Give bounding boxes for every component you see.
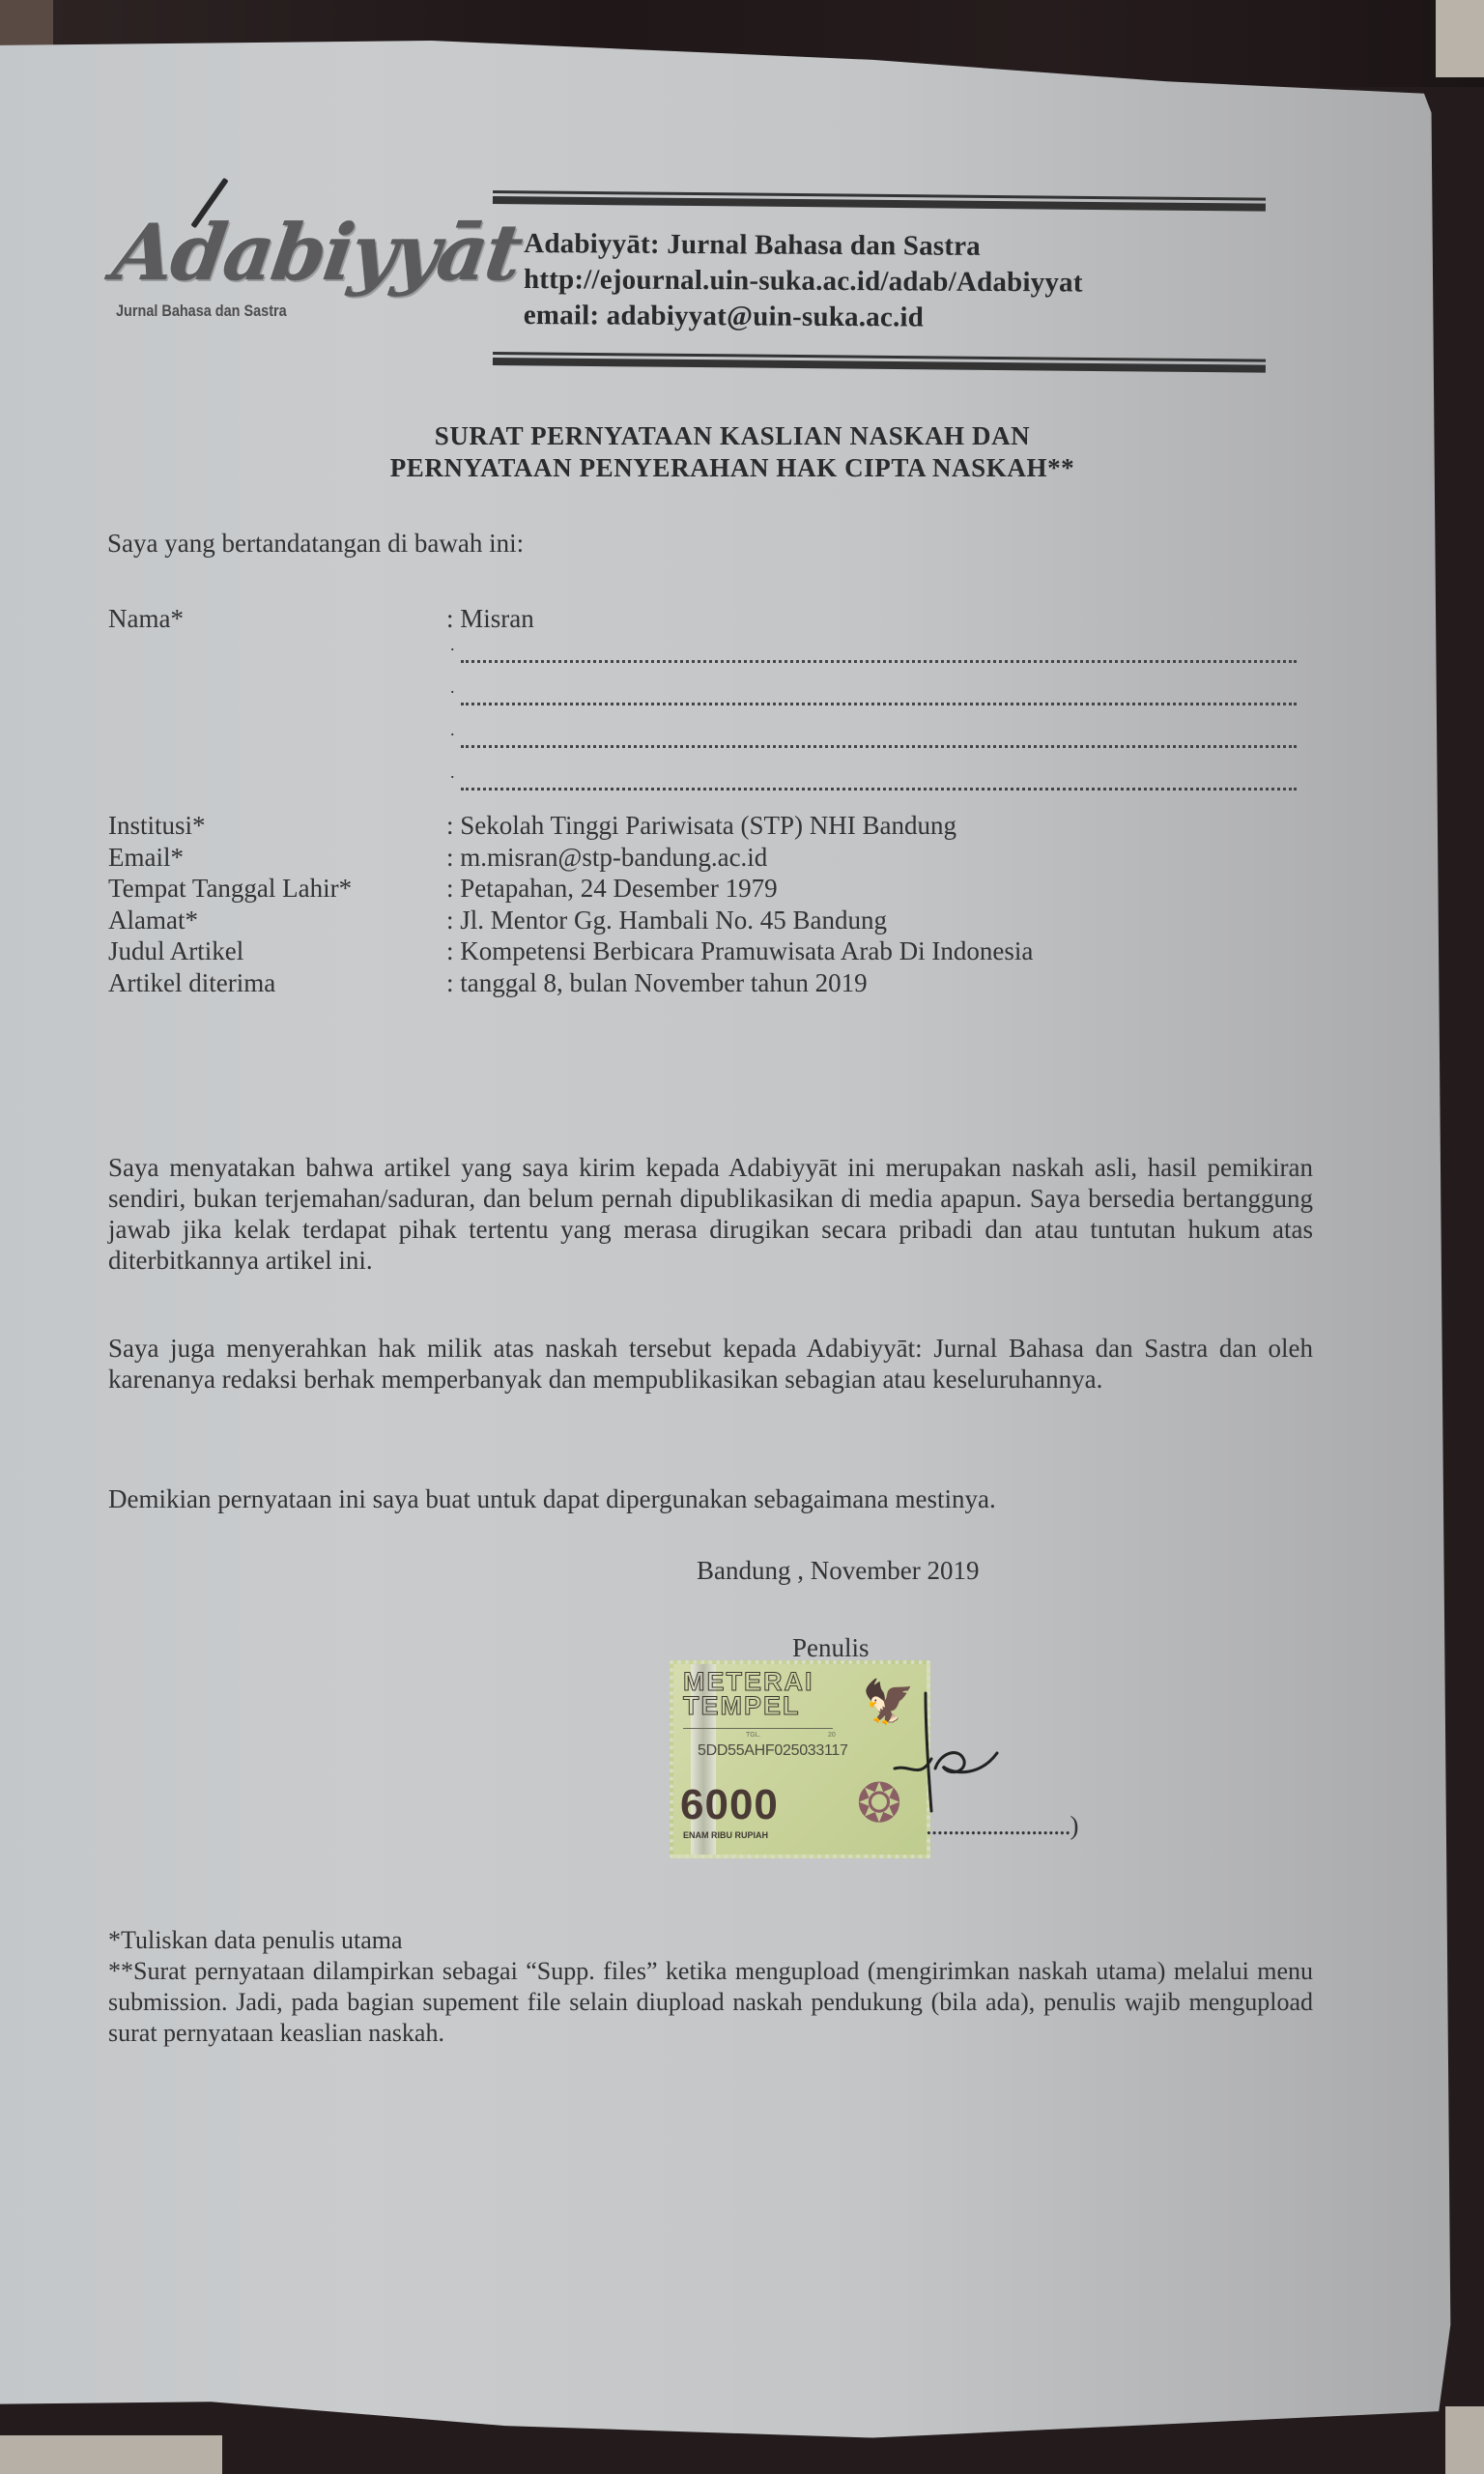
field-label: Alamat* bbox=[108, 905, 198, 936]
field-value: : Misran bbox=[446, 601, 534, 636]
journal-logo: Adabiyyāt Jurnal Bahasa dan Sastra bbox=[114, 157, 500, 350]
stamp-title: METERAI TEMPEL bbox=[683, 1670, 814, 1718]
field-label: Tempat Tanggal Lahir* bbox=[108, 873, 352, 905]
background-floor-right bbox=[1445, 2406, 1484, 2474]
footnote-2: **Surat pernyataan dilampirkan sebagai “… bbox=[108, 1956, 1313, 2049]
stamp-year-label: 20 bbox=[828, 1732, 836, 1739]
statement-paragraph-closing: Demikian pernyataan ini saya buat untuk … bbox=[108, 1483, 1313, 1514]
background-wall-left bbox=[0, 0, 53, 48]
photo-scene: Adabiyyāt Jurnal Bahasa dan Sastra Adabi… bbox=[0, 0, 1484, 2474]
field-value: : m.misran@stp-bandung.ac.id bbox=[446, 842, 767, 874]
intro-text: Saya yang bertandatangan di bawah ini: bbox=[107, 529, 524, 559]
field-value: : Jl. Mentor Gg. Hambali No. 45 Bandung bbox=[446, 905, 887, 936]
journal-name: Adabiyyāt: Jurnal Bahasa dan Sastra bbox=[524, 226, 1083, 266]
field-row-ttl: Tempat Tanggal Lahir* : Petapahan, 24 De… bbox=[108, 873, 1287, 905]
field-label: Email* bbox=[108, 842, 184, 874]
field-row-diterima: Artikel diterima : tanggal 8, bulan Nove… bbox=[108, 967, 1287, 999]
blank-line: . bbox=[108, 636, 1287, 678]
author-fields: Nama* : Misran . . . . Institusi* : Seko… bbox=[108, 601, 1287, 998]
stamp-title-line-2: TEMPEL bbox=[683, 1694, 814, 1718]
field-label: Artikel diterima bbox=[108, 967, 275, 999]
letterhead-rule-bottom bbox=[493, 352, 1266, 373]
background-floor-left bbox=[0, 2435, 222, 2474]
logo-wordmark: Adabiyyāt bbox=[107, 207, 526, 298]
signature-name-line: ..........................) bbox=[926, 1811, 1078, 1841]
stamp-serial: 5DD55AHF025033117 bbox=[698, 1742, 848, 1760]
field-row-alamat: Alamat* : Jl. Mentor Gg. Hambali No. 45 … bbox=[108, 905, 1287, 936]
field-value: : Sekolah Tinggi Pariwisata (STP) NHI Ba… bbox=[446, 810, 956, 842]
document-title: SURAT PERNYATAAN KASLIAN NASKAH DAN PERN… bbox=[0, 420, 1474, 484]
blank-line: . bbox=[108, 763, 1287, 806]
footnotes: *Tuliskan data penulis utama **Surat per… bbox=[108, 1925, 1313, 2049]
statement-paragraph-copyright: Saya juga menyerahkan hak milik atas nas… bbox=[108, 1333, 1313, 1395]
stamp-date-line bbox=[683, 1728, 833, 1729]
field-label: Judul Artikel bbox=[108, 935, 243, 967]
document-page: Adabiyyāt Jurnal Bahasa dan Sastra Adabi… bbox=[0, 41, 1461, 2445]
stamp-tgl-label: TGL. bbox=[746, 1732, 761, 1739]
stamp-value-words: ENAM RIBU RUPIAH bbox=[683, 1830, 768, 1840]
field-row-institusi: Institusi* : Sekolah Tinggi Pariwisata (… bbox=[108, 810, 1287, 842]
info-rows: Institusi* : Sekolah Tinggi Pariwisata (… bbox=[108, 810, 1287, 998]
journal-url: http://ejournal.uin-suka.ac.id/adab/Adab… bbox=[524, 262, 1083, 302]
title-line-2: PERNYATAAN PENYERAHAN HAK CIPTA NASKAH** bbox=[0, 452, 1474, 484]
field-row-email: Email* : m.misran@stp-bandung.ac.id bbox=[108, 842, 1287, 874]
handwritten-signature bbox=[889, 1683, 1043, 1819]
footnote-1: *Tuliskan data penulis utama bbox=[108, 1925, 1313, 1956]
signer-role: Penulis bbox=[792, 1633, 870, 1663]
field-value: : Petapahan, 24 Desember 1979 bbox=[446, 873, 778, 905]
field-row-nama: Nama* : Misran bbox=[108, 601, 1287, 636]
blank-line: . bbox=[108, 721, 1287, 763]
field-label: Nama* bbox=[108, 601, 184, 636]
field-row-judul: Judul Artikel : Kompetensi Berbicara Pra… bbox=[108, 935, 1287, 967]
field-value: : Kompetensi Berbicara Pramuwisata Arab … bbox=[446, 935, 1033, 967]
field-value: : tanggal 8, bulan November tahun 2019 bbox=[446, 967, 868, 999]
background-wall-right bbox=[1436, 0, 1484, 77]
journal-email: email: adabiyyat@uin-suka.ac.id bbox=[524, 298, 1083, 337]
blank-line: . bbox=[108, 678, 1287, 721]
place-date: Bandung , November 2019 bbox=[697, 1556, 979, 1586]
statement-paragraph-originality: Saya menyatakan bahwa artikel yang saya … bbox=[108, 1152, 1313, 1276]
stamp-value: 6000 bbox=[680, 1784, 779, 1827]
letterhead-rule-top bbox=[493, 190, 1266, 212]
journal-info: Adabiyyāt: Jurnal Bahasa dan Sastra http… bbox=[524, 226, 1083, 337]
logo-subtitle: Jurnal Bahasa dan Sastra bbox=[116, 302, 287, 321]
field-label: Institusi* bbox=[108, 810, 206, 842]
title-line-1: SURAT PERNYATAAN KASLIAN NASKAH DAN bbox=[0, 420, 1474, 452]
